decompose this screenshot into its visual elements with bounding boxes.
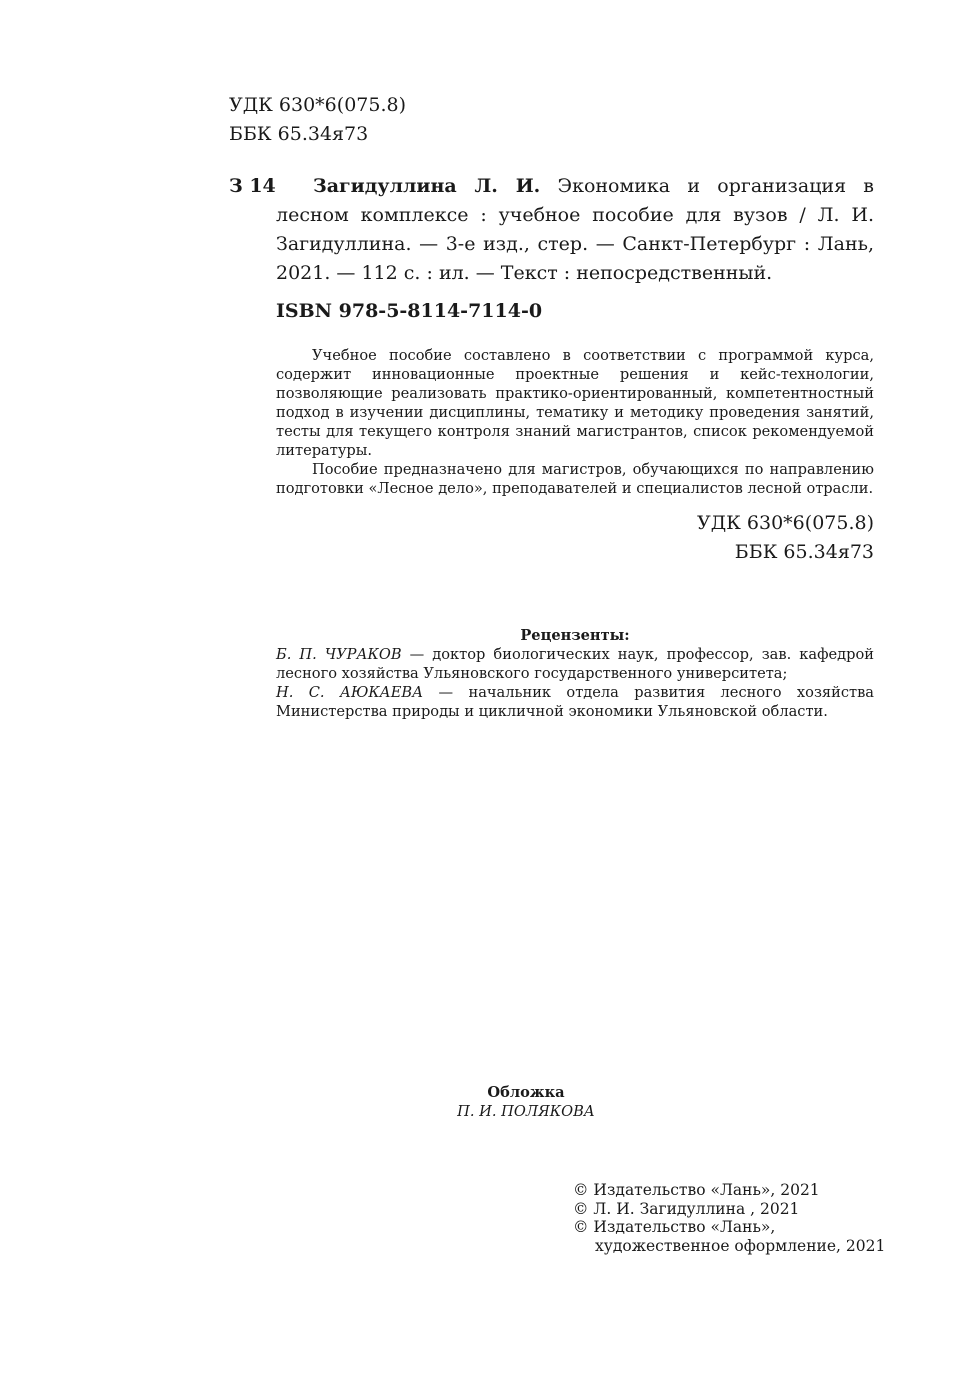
cover-credit: Обложка П. И. ПОЛЯКОВА xyxy=(276,1083,776,1121)
annotation-paragraph: Учебное пособие составлено в соответстви… xyxy=(276,346,874,460)
copyright-line: © Л. И. Загидуллина , 2021 xyxy=(573,1200,885,1219)
copyright-line: художественное оформление, 2021 xyxy=(573,1237,885,1256)
author-sign-code: З 14 xyxy=(229,172,276,201)
reviewers-heading: Рецензенты: xyxy=(276,626,874,645)
cover-label: Обложка xyxy=(276,1083,776,1102)
isbn: ISBN 978-5-8114-7114-0 xyxy=(276,297,542,326)
reviewer-name: Н. С. АЮКАЕВА xyxy=(276,684,423,701)
author-name: Загидуллина Л. И. xyxy=(313,175,540,197)
cover-designer: П. И. ПОЛЯКОВА xyxy=(276,1102,776,1121)
bbk-code-top: ББК 65.34я73 xyxy=(229,120,368,149)
copyright-line: © Издательство «Лань», 2021 xyxy=(573,1181,885,1200)
annotation: Учебное пособие составлено в соответстви… xyxy=(276,346,874,498)
reviewer-entry: Б. П. ЧУРАКОВ — доктор биологических нау… xyxy=(276,645,874,683)
udk-code-right: УДК 630*6(075.8) xyxy=(697,509,874,538)
reviewer-entry: Н. С. АЮКАЕВА — начальник отдела развити… xyxy=(276,683,874,721)
classification-block-right: УДК 630*6(075.8) ББК 65.34я73 xyxy=(697,509,874,567)
udk-code-top: УДК 630*6(075.8) xyxy=(229,91,406,120)
copyright-block: © Издательство «Лань», 2021 © Л. И. Заги… xyxy=(573,1181,885,1255)
bbk-code-right: ББК 65.34я73 xyxy=(697,538,874,567)
copyright-line: © Издательство «Лань», xyxy=(573,1218,885,1237)
annotation-paragraph: Пособие предназначено для магистров, обу… xyxy=(276,460,874,498)
reviewers-section: Рецензенты: Б. П. ЧУРАКОВ — доктор биоло… xyxy=(276,626,874,721)
bibliographic-record: Загидуллина Л. И. Экономика и организаци… xyxy=(276,172,874,288)
reviewer-name: Б. П. ЧУРАКОВ xyxy=(276,646,402,663)
